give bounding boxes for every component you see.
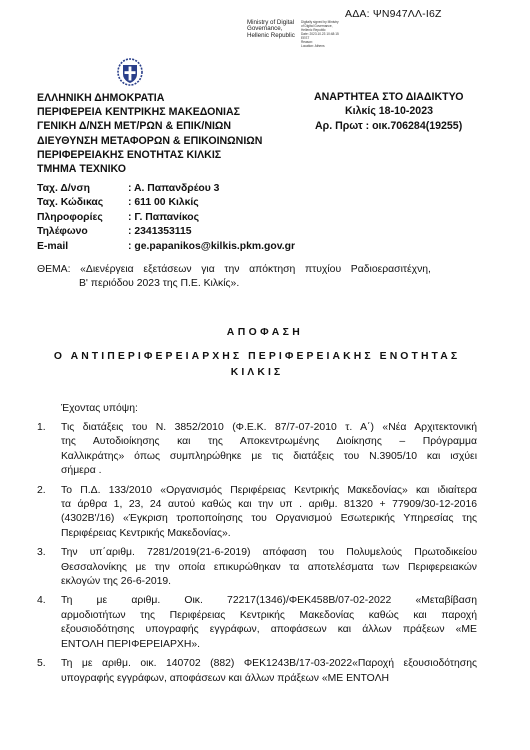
subject-line-2: Β' περιόδου 2023 της Π.Ε. Κιλκίς». (37, 277, 437, 291)
org-line: ΔΙΕΥΘΥΝΣΗ ΜΕΤΑΦΟΡΩΝ & ΕΠΙΚΟΙΝΩΝΙΩΝ (37, 134, 262, 148)
list-number: 2. (37, 484, 61, 542)
signature-metadata: Digitally signed by Ministry of Digital … (301, 20, 339, 48)
signature-org-line: Hellenic Republic (247, 33, 295, 39)
authority-title: Ο ΑΝΤΙΠΕΡΙΦΕΡΕΙΑΡΧΗΣ ΠΕΡΙΦΕΡΕΙΑΚΗΣ ΕΝΟΤΗ… (37, 349, 477, 381)
subject: ΘΕΜΑ:«Διενέργειαεξετάσεωνγιατηναπόκτησηπ… (37, 263, 437, 292)
list-item: 1.Τις διατάξεις του Ν. 3852/2010 (Φ.Ε.Κ.… (37, 421, 477, 479)
list-number: 3. (37, 546, 61, 589)
contact-label: E-mail (37, 240, 128, 254)
text-line: τα άρθρα 1, 23, 24 αυτού καθώς και την υ… (61, 498, 477, 512)
text-line: Περιφέρειας Κεντρικής Μακεδονίας». (61, 527, 477, 541)
org-line: ΠΕΡΙΦΕΡΕΙΑ ΚΕΝΤΡΙΚΗΣ ΜΑΚΕΔΟΝΙΑΣ (37, 105, 262, 119)
subject-word: για (201, 263, 215, 277)
list-item: 5.Τη με αριθμ. οικ. 140702 (882) ΦΕΚ1243… (37, 657, 477, 686)
list-number: 4. (37, 594, 61, 652)
list-text: Τις διατάξεις του Ν. 3852/2010 (Φ.Ε.Κ. 8… (61, 421, 477, 479)
text-line: ΕΝΤΟΛΗ ΠΕΡΙΦΕΡΕΙΑΡΧΗ». (61, 638, 477, 652)
publication-notice: ΑΝΑΡΤΗΤΕΑ ΣΤΟ ΔΙΑΔΙΚΤΥΟ (300, 90, 530, 104)
signature-organization: Ministry of Digital Governance, Hellenic… (247, 20, 295, 39)
contact-value: ge.papanikos@kilkis.pkm.gov.gr (128, 240, 295, 254)
contact-value: 611 00 Κιλκίς (128, 196, 199, 210)
contact-value: Α. Παπανδρέου 3 (128, 182, 219, 196)
text-line: σήμερα . (61, 464, 477, 478)
subject-word: την (224, 263, 239, 277)
list-text: Το Π.Δ. 133/2010 «Οργανισμός Περιφέρειας… (61, 484, 477, 542)
text-line: της Αυτοδιοίκησης και της Αποκεντρωμένης… (61, 435, 477, 449)
subject-word: «Διενέργεια (80, 263, 134, 277)
text-line: Καλλικράτης» όπως συμπληρώθηκε με τις δι… (61, 450, 477, 464)
org-line: ΤΜΗΜΑ ΤΕΧΝΙΚΟ (37, 162, 262, 176)
contact-row: E-mailge.papanikos@kilkis.pkm.gov.gr (37, 240, 295, 254)
text-line: Θεσσαλονίκης με την οποία επικυρώθηκαν τ… (61, 561, 477, 575)
contact-label: Ταχ. Δ/νση (37, 182, 128, 196)
subject-word: ΘΕΜΑ: (37, 263, 71, 277)
list-text: Τη με αριθμ. οικ. 140702 (882) ΦΕΚ1243Β/… (61, 657, 477, 686)
text-line: Την υπ΄αριθμ. 7281/2019(21-6-2019) απόφα… (61, 546, 477, 560)
text-line: υπογραφής εγγράφων, αποφάσεων και άλλων … (61, 672, 477, 686)
list-number: 5. (37, 657, 61, 686)
list-item: 3.Την υπ΄αριθμ. 7281/2019(21-6-2019) από… (37, 546, 477, 589)
contact-value: Γ. Παπανίκος (128, 211, 199, 225)
subject-word: απόκτηση (249, 263, 295, 277)
subject-word: Ραδιοερασιτέχνη, (351, 263, 431, 277)
list-text: Τη με αριθμ. Οικ. 72217(1346)/ΦΕΚ458Β/07… (61, 594, 477, 652)
org-line: ΓΕΝΙΚΗ Δ/ΝΣΗ ΜΕΤ/ΡΩΝ & ΕΠΙΚ/ΝΙΩΝ (37, 119, 262, 133)
authority-line: Ο ΑΝΤΙΠΕΡΙΦΕΡΕΙΑΡΧΗΣ ΠΕΡΙΦΕΡΕΙΑΚΗΣ ΕΝΟΤΗ… (37, 349, 477, 365)
greek-coat-of-arms-icon (117, 58, 143, 86)
publication-block: ΑΝΑΡΤΗΤΕΑ ΣΤΟ ΔΙΑΔΙΚΤΥΟ Κιλκίς 18-10-202… (300, 90, 530, 133)
text-line: εκλογών της 26-6-2019. (61, 575, 477, 589)
contact-label: Τηλέφωνο (37, 225, 128, 239)
ada-code: ΑΔΑ: ΨΝ947ΛΛ-Ι6Ζ (345, 8, 442, 20)
text-line: Τη με αριθμ. οικ. 140702 (882) ΦΕΚ1243Β/… (61, 657, 477, 671)
considering-list: 1.Τις διατάξεις του Ν. 3852/2010 (Φ.Ε.Κ.… (37, 421, 477, 691)
contact-row: Ταχ. Κώδικας611 00 Κιλκίς (37, 196, 295, 210)
text-line: εξουσιοδότησης υπογραφής εγγράφων, αποφά… (61, 623, 477, 637)
place-date: Κιλκίς 18-10-2023 (300, 104, 530, 118)
signature-meta-line: Location: Athens (301, 44, 339, 48)
list-text: Την υπ΄αριθμ. 7281/2019(21-6-2019) απόφα… (61, 546, 477, 589)
subject-line-1: ΘΕΜΑ:«Διενέργειαεξετάσεωνγιατηναπόκτησηπ… (37, 263, 431, 277)
text-line: Τη με αριθμ. Οικ. 72217(1346)/ΦΕΚ458Β/07… (61, 594, 477, 608)
text-line: Το Π.Δ. 133/2010 «Οργανισμός Περιφέρειας… (61, 484, 477, 498)
contact-row: Τηλέφωνο2341353115 (37, 225, 295, 239)
contact-label: Ταχ. Κώδικας (37, 196, 128, 210)
protocol-number: Αρ. Πρωτ : οικ.706284(19255) (300, 119, 530, 133)
considering-heading: Έχοντας υπόψη: (61, 403, 138, 414)
contact-details: Ταχ. Δ/νσηΑ. Παπανδρέου 3Ταχ. Κώδικας611… (37, 182, 295, 254)
subject-word: εξετάσεων (143, 263, 191, 277)
organization-header: ΕΛΛΗΝΙΚΗ ΔΗΜΟΚΡΑΤΙΑ ΠΕΡΙΦΕΡΕΙΑ ΚΕΝΤΡΙΚΗΣ… (37, 91, 262, 176)
text-line: Τις διατάξεις του Ν. 3852/2010 (Φ.Ε.Κ. 8… (61, 421, 477, 435)
contact-row: Ταχ. Δ/νσηΑ. Παπανδρέου 3 (37, 182, 295, 196)
subject-word: πτυχίου (305, 263, 341, 277)
authority-line: ΚΙΛΚΙΣ (37, 365, 477, 381)
text-line: (4302Β'/16) «Έγκριση τροποποίησης του Ορ… (61, 512, 477, 526)
contact-value: 2341353115 (128, 225, 192, 239)
text-line: αρμοδιοτήτων της Περιφέρειας Κεντρικής Μ… (61, 609, 477, 623)
list-number: 1. (37, 421, 61, 479)
decision-title: ΑΠΟΦΑΣΗ (0, 327, 530, 338)
contact-row: ΠληροφορίεςΓ. Παπανίκος (37, 211, 295, 225)
list-item: 2.Το Π.Δ. 133/2010 «Οργανισμός Περιφέρει… (37, 484, 477, 542)
list-item: 4.Τη με αριθμ. Οικ. 72217(1346)/ΦΕΚ458Β/… (37, 594, 477, 652)
contact-label: Πληροφορίες (37, 211, 128, 225)
org-line: ΠΕΡΙΦΕΡΕΙΑΚΗΣ ΕΝΟΤΗΤΑΣ ΚΙΛΚΙΣ (37, 148, 262, 162)
org-line: ΕΛΛΗΝΙΚΗ ΔΗΜΟΚΡΑΤΙΑ (37, 91, 262, 105)
